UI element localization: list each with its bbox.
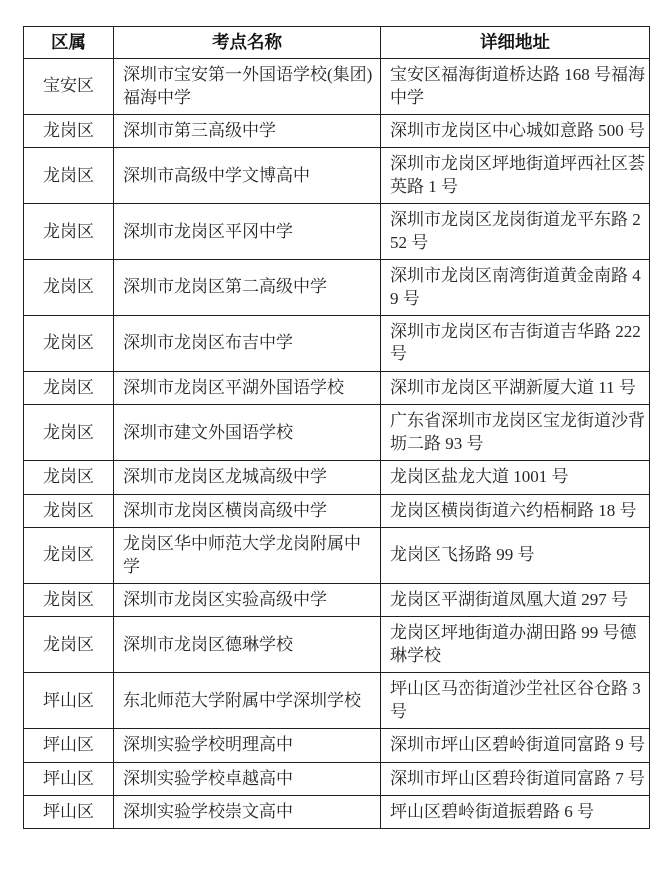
table-row: 龙岗区 深圳市龙岗区平湖外国语学校 深圳市龙岗区平湖新厦大道 11 号 [24,371,650,404]
cell-site-name: 深圳实验学校卓越高中 [114,762,381,795]
cell-address: 深圳市龙岗区中心城如意路 500 号 [381,114,650,147]
table-row: 龙岗区 深圳市龙岗区龙城高级中学 龙岗区盐龙大道 1001 号 [24,461,650,494]
cell-address: 坪山区碧岭街道振碧路 6 号 [381,796,650,829]
cell-site-name: 深圳市第三高级中学 [114,114,381,147]
cell-district: 坪山区 [24,673,114,729]
cell-site-name: 深圳市龙岗区布吉中学 [114,316,381,372]
cell-district: 龙岗区 [24,617,114,673]
cell-site-name: 深圳市宝安第一外国语学校(集团)福海中学 [114,59,381,115]
cell-district: 龙岗区 [24,260,114,316]
cell-district: 龙岗区 [24,583,114,616]
cell-district: 龙岗区 [24,204,114,260]
cell-site-name: 深圳市建文外国语学校 [114,405,381,461]
cell-address: 宝安区福海街道桥达路 168 号福海中学 [381,59,650,115]
cell-address: 深圳市龙岗区南湾街道黄金南路 49 号 [381,260,650,316]
header-address: 详细地址 [381,27,650,59]
cell-site-name: 深圳市龙岗区平冈中学 [114,204,381,260]
document-page: 区属 考点名称 详细地址 宝安区 深圳市宝安第一外国语学校(集团)福海中学 宝安… [0,0,668,829]
table-row: 龙岗区 深圳市龙岗区布吉中学 深圳市龙岗区布吉街道吉华路 222 号 [24,316,650,372]
cell-district: 坪山区 [24,729,114,762]
cell-district: 龙岗区 [24,528,114,584]
cell-site-name: 深圳市龙岗区平湖外国语学校 [114,371,381,404]
cell-site-name: 东北师范大学附属中学深圳学校 [114,673,381,729]
cell-site-name: 深圳实验学校崇文高中 [114,796,381,829]
cell-site-name: 龙岗区华中师范大学龙岗附属中学 [114,528,381,584]
cell-district: 龙岗区 [24,461,114,494]
cell-address: 深圳市龙岗区坪地街道坪西社区荟英路 1 号 [381,148,650,204]
cell-district: 坪山区 [24,762,114,795]
table-row: 龙岗区 深圳市建文外国语学校 广东省深圳市龙岗区宝龙街道沙背坜二路 93 号 [24,405,650,461]
cell-district: 坪山区 [24,796,114,829]
table-row: 坪山区 深圳实验学校卓越高中 深圳市坪山区碧玲街道同富路 7 号 [24,762,650,795]
cell-address: 龙岗区平湖街道凤凰大道 297 号 [381,583,650,616]
cell-site-name: 深圳市龙岗区第二高级中学 [114,260,381,316]
cell-site-name: 深圳市龙岗区龙城高级中学 [114,461,381,494]
cell-district: 龙岗区 [24,405,114,461]
cell-address: 广东省深圳市龙岗区宝龙街道沙背坜二路 93 号 [381,405,650,461]
cell-address: 龙岗区飞扬路 99 号 [381,528,650,584]
cell-address: 深圳市龙岗区龙岗街道龙平东路 252 号 [381,204,650,260]
cell-address: 深圳市坪山区碧岭街道同富路 9 号 [381,729,650,762]
cell-district: 龙岗区 [24,316,114,372]
exam-sites-table: 区属 考点名称 详细地址 宝安区 深圳市宝安第一外国语学校(集团)福海中学 宝安… [23,26,650,829]
cell-site-name: 深圳实验学校明理高中 [114,729,381,762]
table-row: 龙岗区 深圳市龙岗区实验高级中学 龙岗区平湖街道凤凰大道 297 号 [24,583,650,616]
cell-site-name: 深圳市龙岗区横岗高级中学 [114,494,381,527]
table-header-row: 区属 考点名称 详细地址 [24,27,650,59]
cell-district: 龙岗区 [24,148,114,204]
table-row: 坪山区 深圳实验学校明理高中 深圳市坪山区碧岭街道同富路 9 号 [24,729,650,762]
cell-address: 龙岗区横岗街道六约梧桐路 18 号 [381,494,650,527]
cell-address: 深圳市坪山区碧玲街道同富路 7 号 [381,762,650,795]
header-district: 区属 [24,27,114,59]
table-row: 龙岗区 龙岗区华中师范大学龙岗附属中学 龙岗区飞扬路 99 号 [24,528,650,584]
header-site-name: 考点名称 [114,27,381,59]
table-row: 龙岗区 深圳市龙岗区第二高级中学 深圳市龙岗区南湾街道黄金南路 49 号 [24,260,650,316]
table-row: 宝安区 深圳市宝安第一外国语学校(集团)福海中学 宝安区福海街道桥达路 168 … [24,59,650,115]
cell-address: 深圳市龙岗区布吉街道吉华路 222 号 [381,316,650,372]
cell-site-name: 深圳市高级中学文博高中 [114,148,381,204]
table-row: 坪山区 东北师范大学附属中学深圳学校 坪山区马峦街道沙坣社区谷仓路 3 号 [24,673,650,729]
cell-site-name: 深圳市龙岗区实验高级中学 [114,583,381,616]
cell-address: 坪山区马峦街道沙坣社区谷仓路 3 号 [381,673,650,729]
cell-address: 深圳市龙岗区平湖新厦大道 11 号 [381,371,650,404]
table-row: 龙岗区 深圳市第三高级中学 深圳市龙岗区中心城如意路 500 号 [24,114,650,147]
cell-address: 龙岗区坪地街道办湖田路 99 号德琳学校 [381,617,650,673]
cell-district: 龙岗区 [24,371,114,404]
table-row: 龙岗区 深圳市龙岗区横岗高级中学 龙岗区横岗街道六约梧桐路 18 号 [24,494,650,527]
table-row: 坪山区 深圳实验学校崇文高中 坪山区碧岭街道振碧路 6 号 [24,796,650,829]
cell-address: 龙岗区盐龙大道 1001 号 [381,461,650,494]
table-row: 龙岗区 深圳市龙岗区德琳学校 龙岗区坪地街道办湖田路 99 号德琳学校 [24,617,650,673]
cell-district: 龙岗区 [24,114,114,147]
cell-district: 龙岗区 [24,494,114,527]
cell-site-name: 深圳市龙岗区德琳学校 [114,617,381,673]
table-row: 龙岗区 深圳市龙岗区平冈中学 深圳市龙岗区龙岗街道龙平东路 252 号 [24,204,650,260]
table-row: 龙岗区 深圳市高级中学文博高中 深圳市龙岗区坪地街道坪西社区荟英路 1 号 [24,148,650,204]
cell-district: 宝安区 [24,59,114,115]
